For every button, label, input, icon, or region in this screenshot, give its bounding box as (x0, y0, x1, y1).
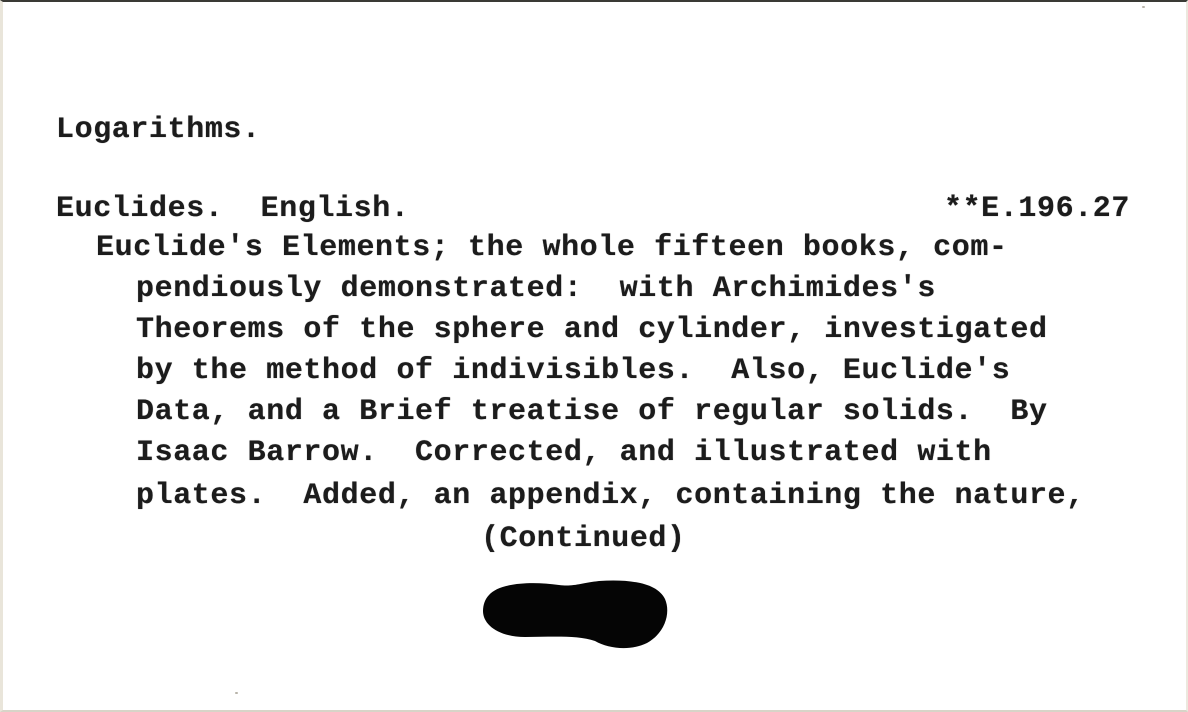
title-line: pendiously demonstrated: with Archimides… (136, 274, 936, 304)
call-number: **E.196.27 (944, 194, 1130, 224)
continued-note: (Continued) (481, 524, 686, 554)
paper-speck (235, 692, 238, 694)
title-line: Data, and a Brief treatise of regular so… (136, 397, 1048, 427)
title-line: Isaac Barrow. Corrected, and illustrated… (136, 438, 992, 468)
subject-heading: Logarithms. (56, 115, 261, 145)
title-line: by the method of indivisibles. Also, Euc… (136, 356, 1010, 386)
redaction-blot-icon (481, 577, 669, 651)
title-line: Theorems of the sphere and cylinder, inv… (136, 315, 1048, 345)
catalog-card: Logarithms. Euclides. English. **E.196.2… (0, 0, 1188, 712)
paper-speck (1142, 6, 1145, 8)
main-entry: Euclides. English. (56, 194, 409, 224)
title-line: Euclide's Elements; the whole fifteen bo… (96, 233, 1008, 263)
title-line: plates. Added, an appendix, containing t… (136, 481, 1085, 511)
